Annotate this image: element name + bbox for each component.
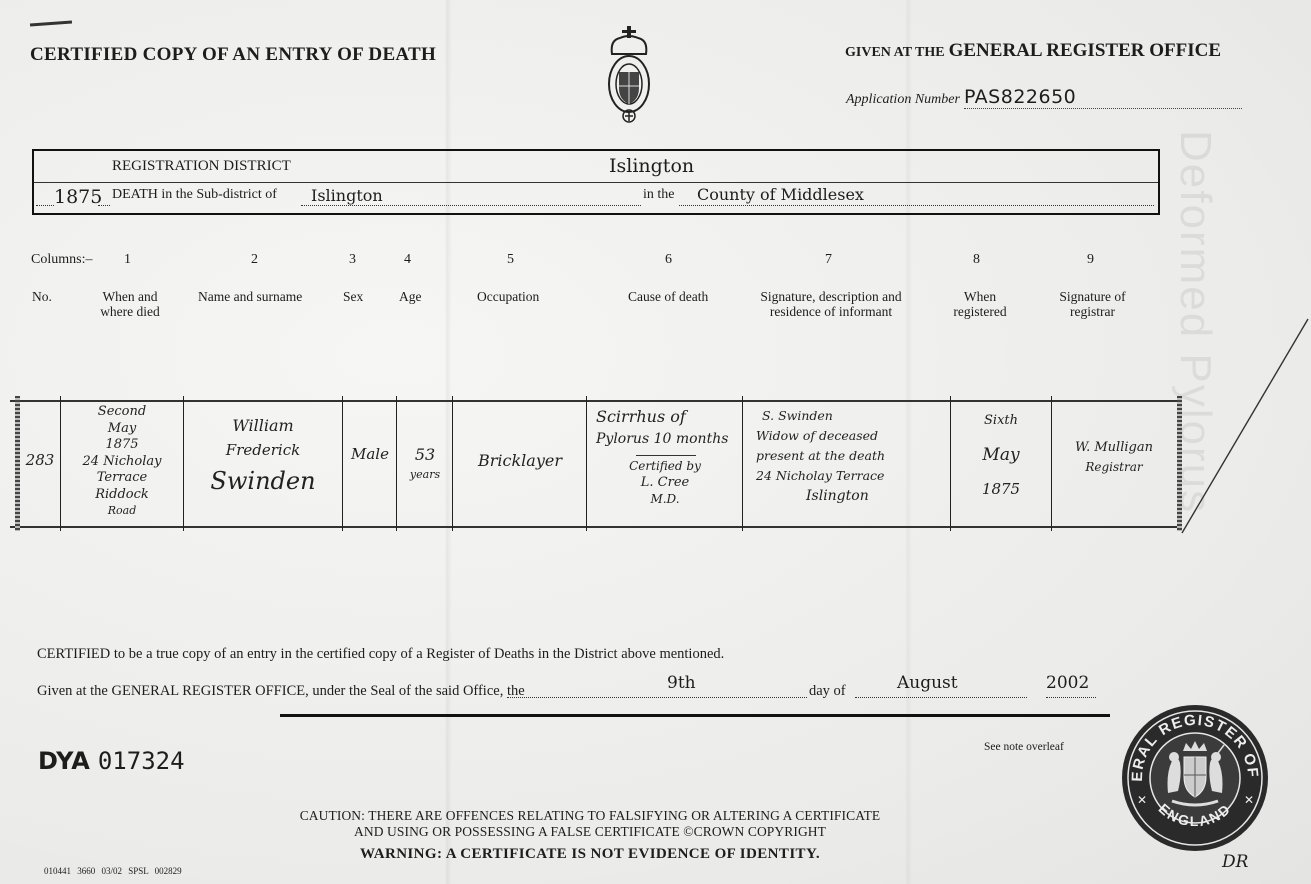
entry-number: 283 <box>20 452 60 469</box>
svg-text:✕: ✕ <box>1137 793 1147 807</box>
given-at-statement: Given at the GENERAL REGISTER OFFICE, un… <box>37 683 1107 700</box>
application-number-value: PAS822650 <box>964 86 1242 109</box>
certificate-serial-number: DYA017324 <box>38 747 185 775</box>
application-number-label: Application Number <box>846 92 960 108</box>
columns-label: Columns:– <box>31 252 92 268</box>
divider-rule <box>280 714 1110 717</box>
print-reference-codes: 010441 3660 03/02 SPSL 002829 <box>44 866 182 876</box>
registration-district-label: REGISTRATION DISTRICT <box>112 158 291 175</box>
entry-name: William Frederick Swinden <box>186 414 340 500</box>
certificate-title: CERTIFIED COPY OF AN ENTRY OF DEATH <box>30 44 436 66</box>
entry-when-where: Second May 1875 24 Nicholay Terrace Ridd… <box>62 404 182 520</box>
column-number-9: 9 <box>1087 252 1094 268</box>
column-number-6: 6 <box>665 252 672 268</box>
column-number-8: 8 <box>973 252 980 268</box>
royal-crest-icon <box>606 24 652 128</box>
entry-when-registered: Sixth May 1875 <box>952 406 1050 504</box>
entry-registrar-signature: W. Mulligan Registrar <box>1053 438 1175 476</box>
death-year: 1875 <box>54 186 102 208</box>
column-number-2: 2 <box>251 252 258 268</box>
issue-day: 9th <box>667 673 696 693</box>
header-when-registered: When registered <box>950 289 1010 319</box>
identity-warning: WARNING: A CERTIFICATE IS NOT EVIDENCE O… <box>270 846 910 863</box>
death-entry-table: 283 Second May 1875 24 Nicholay Terrace … <box>10 396 1185 531</box>
header-age: Age <box>399 289 422 304</box>
header-informant: Signature, description and residence of … <box>756 289 906 319</box>
day-of-label: day of <box>809 683 846 700</box>
application-number-row: Application Number PAS822650 <box>846 86 1242 109</box>
issue-year: 2002 <box>1046 673 1089 693</box>
registration-box: REGISTRATION DISTRICT Islington 1875 DEA… <box>32 149 1160 215</box>
svg-text:✕: ✕ <box>1244 793 1254 807</box>
subdistrict-label: DEATH in the Sub-district of <box>112 187 277 203</box>
cancellation-diagonal-line <box>1180 315 1310 535</box>
clerk-initials: DR <box>1222 852 1248 872</box>
entry-age: 53 years <box>398 444 452 484</box>
county-label: in the <box>643 187 675 203</box>
registration-district-value: Islington <box>609 155 694 177</box>
header-registrar: Signature of registrar <box>1050 289 1135 319</box>
caution-notice: CAUTION: THERE ARE OFFENCES RELATING TO … <box>270 808 910 840</box>
header-no: No. <box>32 289 52 304</box>
certification-statement: CERTIFIED to be a true copy of an entry … <box>37 646 724 663</box>
header-occupation: Occupation <box>477 289 539 304</box>
header-name: Name and surname <box>198 289 302 304</box>
entry-occupation: Bricklayer <box>454 452 586 469</box>
subdistrict-value: Islington <box>311 186 383 205</box>
county-value: County of Middlesex <box>697 185 864 204</box>
entry-cause-of-death: Scirrhus of Pylorus 10 months Certified … <box>588 406 742 507</box>
header-cause: Cause of death <box>628 289 708 304</box>
column-number-7: 7 <box>825 252 832 268</box>
general-register-office-seal-icon: GENERAL REGISTER OFFICE ENGLAND ✕ ✕ <box>1120 703 1270 853</box>
header-sex: Sex <box>343 289 363 304</box>
column-number-5: 5 <box>507 252 514 268</box>
entry-informant: S. Swinden Widow of deceased present at … <box>746 406 956 506</box>
header-when-where: When and where died <box>90 289 170 319</box>
column-number-1: 1 <box>124 252 131 268</box>
column-number-4: 4 <box>404 252 411 268</box>
see-note-overleaf: See note overleaf <box>984 741 1064 753</box>
issue-month: August <box>897 673 958 693</box>
entry-sex: Male <box>344 446 396 463</box>
issuing-office-heading: GIVEN AT THE GENERAL REGISTER OFFICE <box>845 40 1221 62</box>
column-number-3: 3 <box>349 252 356 268</box>
